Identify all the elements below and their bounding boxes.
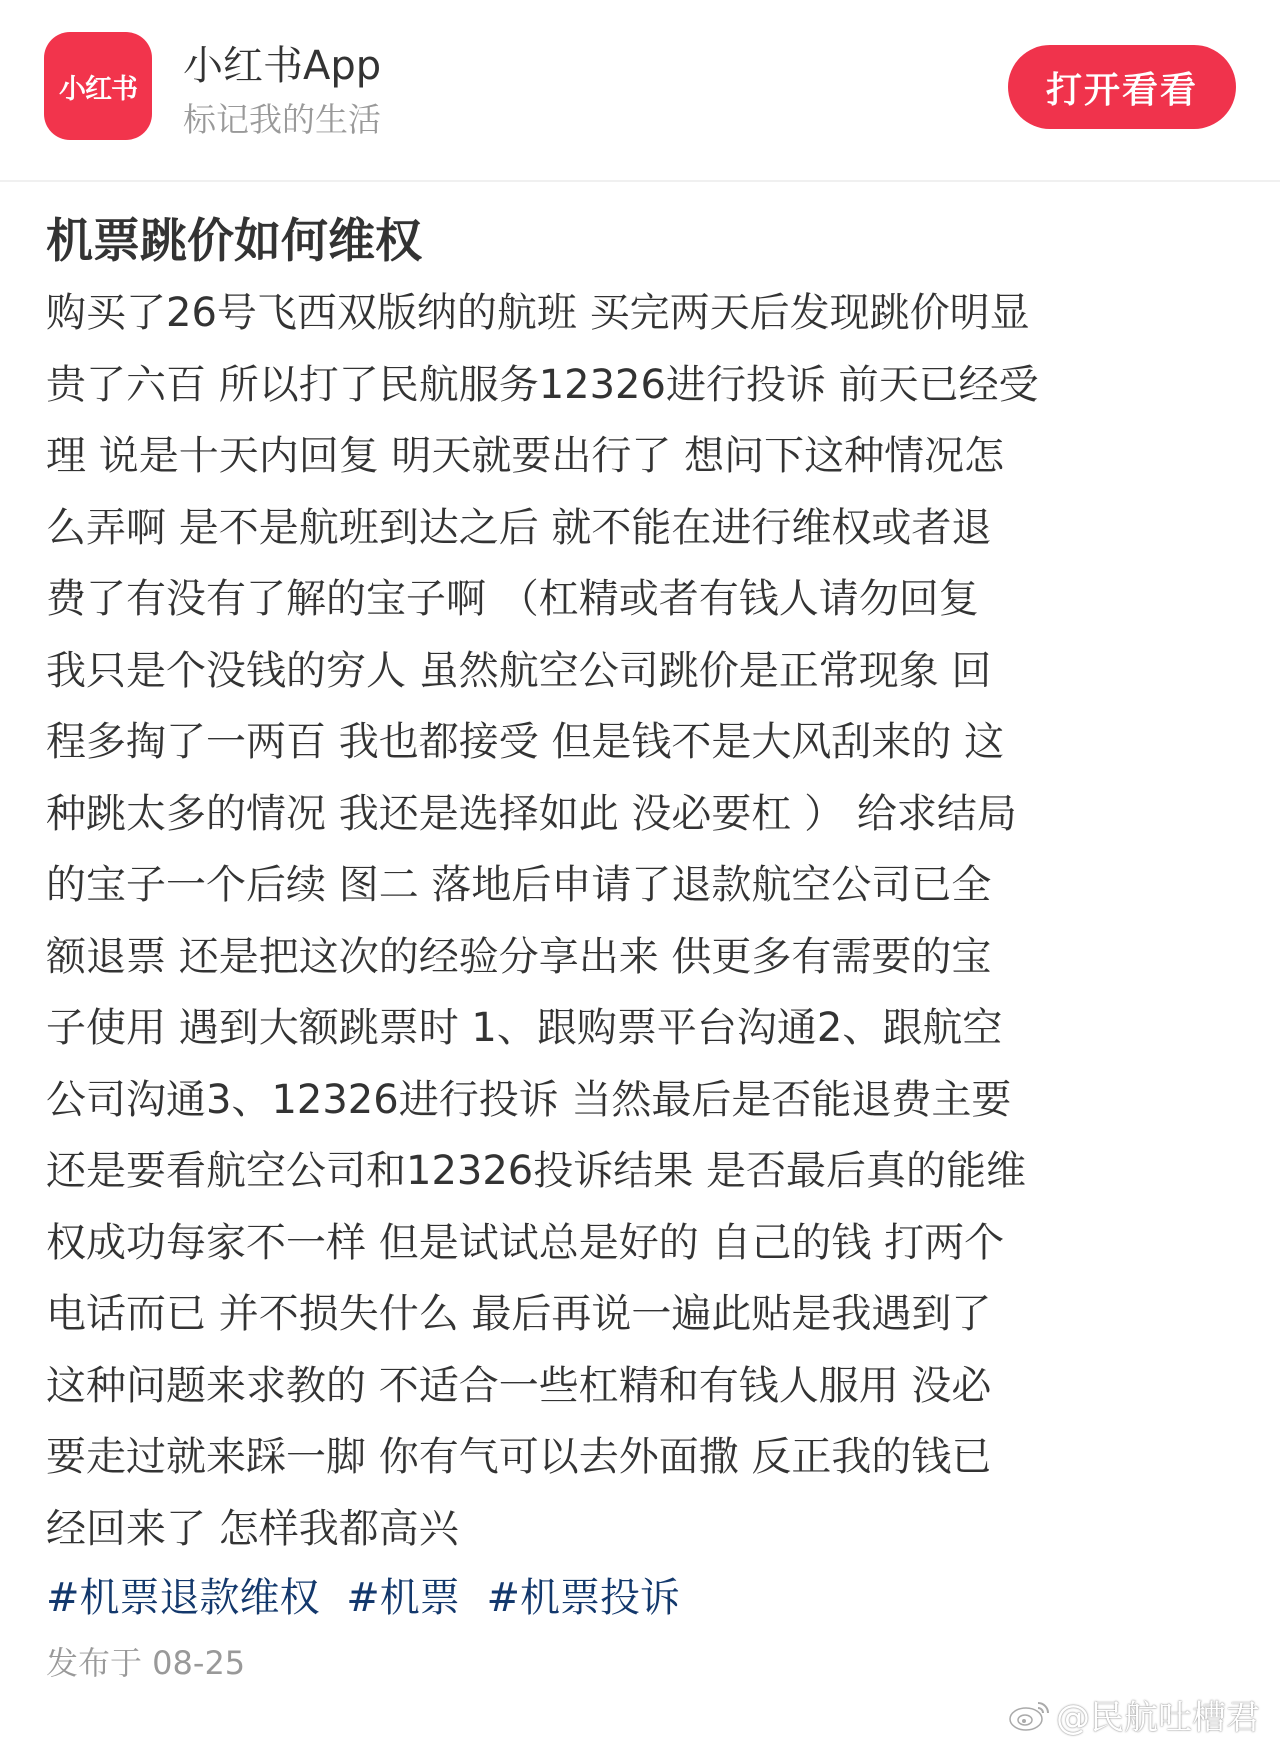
app-download-banner: 小红书 小红书App 标记我的生活 打开看看 xyxy=(0,0,1280,182)
watermark-text: @民航吐槽君 xyxy=(1056,1690,1260,1739)
post-body-line: 这种问题来求教的 不适合一些杠精和有钱人服用 没必 xyxy=(46,1351,1246,1423)
post-body-line: 还是要看航空公司和12326投诉结果 是否最后真的能维 xyxy=(46,1136,1246,1208)
post-body-line: 我只是个没钱的穷人 虽然航空公司跳价是正常现象 回 xyxy=(46,636,1246,708)
post-body-line: 购买了26号飞西双版纳的航班 买完两天后发现跳价明显 xyxy=(46,278,1246,350)
post-body-line: 经回来了 怎样我都高兴 xyxy=(46,1494,1246,1566)
post-body-line: 贵了六百 所以打了民航服务12326进行投诉 前天已经受 xyxy=(46,350,1246,422)
post-content: 机票跳价如何维权 购买了26号飞西双版纳的航班 买完两天后发现跳价明显 贵了六百… xyxy=(46,212,1246,1691)
weibo-icon xyxy=(1008,1697,1052,1733)
post-body-line: 权成功每家不一样 但是试试总是好的 自己的钱 打两个 xyxy=(46,1208,1246,1280)
post-body-line: 理 说是十天内回复 明天就要出行了 想问下这种情况怎 xyxy=(46,421,1246,493)
post-body: 购买了26号飞西双版纳的航班 买完两天后发现跳价明显 贵了六百 所以打了民航服务… xyxy=(46,278,1246,1565)
hashtag-link[interactable]: #机票退款维权 xyxy=(46,1575,320,1621)
publish-date: 发布于 08-25 xyxy=(46,1635,1246,1691)
post-body-line: 的宝子一个后续 图二 落地后申请了退款航空公司已全 xyxy=(46,850,1246,922)
post-body-line: 费了有没有了解的宝子啊 （杠精或者有钱人请勿回复 xyxy=(46,564,1246,636)
app-icon-label: 小红书 xyxy=(59,67,137,106)
hashtag-link[interactable]: #机票投诉 xyxy=(486,1575,680,1621)
open-app-button[interactable]: 打开看看 xyxy=(1008,45,1236,129)
post-body-line: 程多掏了一两百 我也都接受 但是钱不是大风刮来的 这 xyxy=(46,707,1246,779)
weibo-watermark: @民航吐槽君 xyxy=(1008,1690,1260,1739)
app-slogan: 标记我的生活 xyxy=(183,100,381,140)
post-body-line: 要走过就来踩一脚 你有气可以去外面撒 反正我的钱已 xyxy=(46,1422,1246,1494)
post-body-line: 额退票 还是把这次的经验分享出来 供更多有需要的宝 xyxy=(46,922,1246,994)
post-body-line: 子使用 遇到大额跳票时 1、跟购票平台沟通2、跟航空 xyxy=(46,993,1246,1065)
app-name: 小红书App xyxy=(183,42,381,90)
post-title: 机票跳价如何维权 xyxy=(46,212,1246,272)
post-body-line: 电话而已 并不损失什么 最后再说一遍此贴是我遇到了 xyxy=(46,1279,1246,1351)
post-body-line: 公司沟通3、12326进行投诉 当然最后是否能退费主要 xyxy=(46,1065,1246,1137)
post-body-line: 么弄啊 是不是航班到达之后 就不能在进行维权或者退 xyxy=(46,493,1246,565)
post-body-line: 种跳太多的情况 我还是选择如此 没必要杠 ） 给求结局 xyxy=(46,779,1246,851)
hashtag-list: #机票退款维权 #机票 #机票投诉 xyxy=(46,1565,1246,1631)
hashtag-link[interactable]: #机票 xyxy=(346,1575,460,1621)
xiaohongshu-app-icon[interactable]: 小红书 xyxy=(44,32,152,140)
